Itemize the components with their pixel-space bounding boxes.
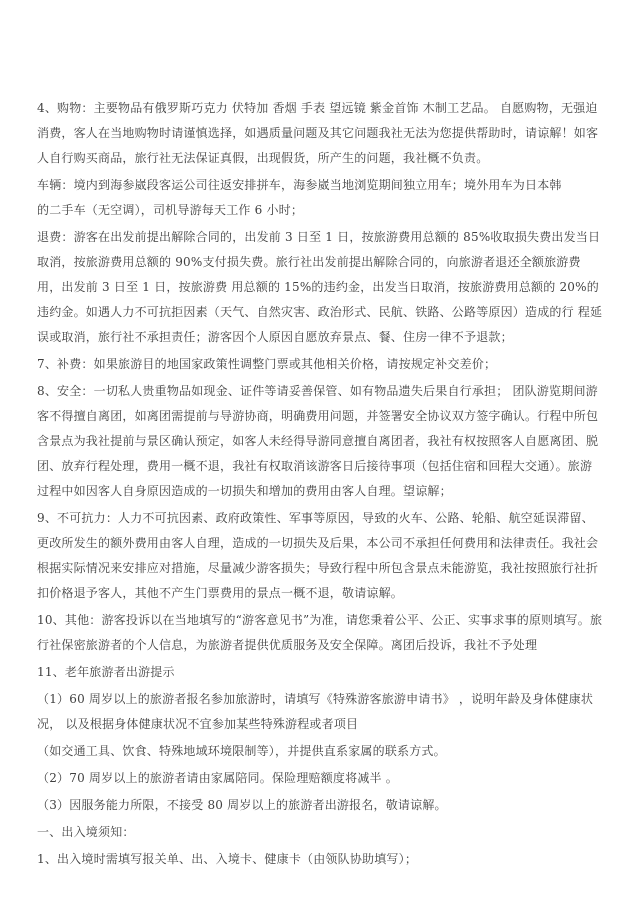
paragraph-senior-traveler-title: 11、老年旅游者出游提示 (37, 660, 604, 685)
paragraph-surcharge-notice: 7、补费：如果旅游目的地国家政策性调整门票或其他相关价格，请按规定补交差价； (37, 352, 604, 377)
paragraph-safety-notice: 8、安全：一切私人贵重物品如现金、证件等请妥善保管、如有物品遗失后果自行承担； … (37, 379, 604, 504)
paragraph-entry-exit-item-1: 1、出入境时需填写报关单、出、入境卡、健康卡（由领队协助填写）； (37, 847, 604, 872)
paragraph-senior-item-3: （3）因服务能力所限，不接受 80 周岁以上的旅游者出游报名，敬请谅解。 (37, 793, 604, 818)
paragraph-refund-policy: 退费：游客在出发前提出解除合同的，出发前 3 日至 1 日，按旅游费用总额的 8… (37, 225, 604, 350)
paragraph-senior-item-1b: （如交通工具、饮食、特殊地域环境限制等），并提供直系家属的联系方式。 (37, 739, 604, 764)
paragraph-force-majeure-notice: 9、不可抗力：人力不可抗因素、政府政策性、军事等原因，导致的火车、公路、轮船、航… (37, 506, 604, 606)
paragraph-other-notice: 10、其他：游客投诉以在当地填写的“游客意见书”为准，请您秉着公平、公正、实事求… (37, 608, 604, 658)
paragraph-shopping-notice: 4、购物：主要物品有俄罗斯巧克力 伏特加 香烟 手表 望远镜 紫金首饰 木制工艺… (37, 96, 604, 171)
paragraph-entry-exit-title: 一、出入境须知： (37, 820, 604, 845)
paragraph-senior-item-1: （1）60 周岁以上的旅游者报名参加旅游时，请填写《特殊游客旅游申请书》 ，说明… (37, 687, 604, 737)
paragraph-vehicle-notice: 车辆：境内到海参崴段客运公司往返安排拼车，海参崴当地浏览期间独立用车；境外用车为… (37, 173, 604, 223)
document-page: 4、购物：主要物品有俄罗斯巧克力 伏特加 香烟 手表 望远镜 紫金首饰 木制工艺… (0, 0, 634, 898)
paragraph-senior-item-2: （2）70 周岁以上的旅游者请由家属陪同。保险理赔额度将减半 。 (37, 766, 604, 791)
